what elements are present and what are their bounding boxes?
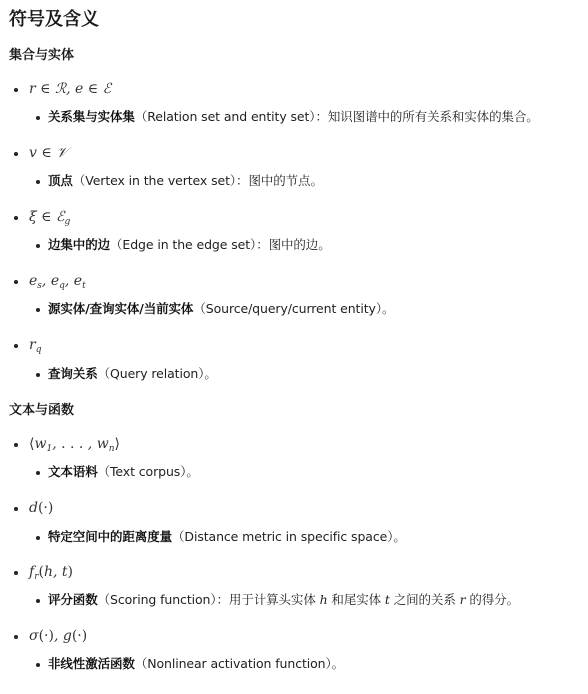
- description: 。: [332, 656, 344, 671]
- bullet-icon: [36, 308, 40, 312]
- math-symbol: r ∈ ℛ, e ∈ ℰ: [29, 80, 111, 98]
- bullet-icon: [14, 88, 18, 92]
- bullet-icon: [14, 635, 18, 639]
- list-subitem: 边集中的边（Edge in the edge set）：图中的边。: [0, 236, 588, 256]
- bullet-icon: [14, 152, 18, 156]
- english-gloss: （Nonlinear activation function）: [135, 656, 332, 671]
- list-item: v ∈ 𝒱: [0, 144, 588, 164]
- term: 边集中的边: [48, 237, 110, 252]
- bullet-icon: [14, 507, 18, 511]
- list-item: d(·): [0, 499, 588, 519]
- bullet-icon: [36, 471, 40, 475]
- term: 特定空间中的距离度量: [48, 529, 172, 544]
- term: 评分函数: [48, 592, 98, 607]
- description-part: 的得分。: [466, 592, 519, 607]
- list-subitem: 非线性激活函数（Nonlinear activation function）。: [0, 655, 588, 675]
- english-gloss: （Text corpus）: [98, 464, 187, 479]
- section-heading-sets-entities: 集合与实体: [9, 47, 74, 65]
- bullet-icon: [36, 599, 40, 603]
- list-subitem: 顶点（Vertex in the vertex set）：图中的节点。: [0, 172, 588, 192]
- math-symbol: ξ ∈ ℰg: [29, 208, 70, 226]
- english-gloss: （Scoring function）: [98, 592, 217, 607]
- bullet-icon: [36, 373, 40, 377]
- list-subitem: 关系集与实体集（Relation set and entity set）：知识图…: [0, 108, 588, 128]
- math-symbol: σ(·), g(·): [29, 627, 87, 645]
- term: 关系集与实体集: [48, 109, 135, 124]
- list-item: rq: [0, 336, 588, 356]
- list-item: σ(·), g(·): [0, 627, 588, 647]
- bullet-icon: [36, 663, 40, 667]
- description: ：图中的边。: [256, 237, 330, 252]
- english-gloss: （Distance metric in specific space）: [172, 529, 393, 544]
- bullet-icon: [36, 244, 40, 248]
- definition-text: 关系集与实体集（Relation set and entity set）：知识图…: [48, 108, 539, 126]
- math-symbol: v ∈ 𝒱: [29, 144, 68, 162]
- definition-text: 源实体/查询实体/当前实体（Source/query/current entit…: [48, 300, 394, 318]
- list-item: es, eq, et: [0, 272, 588, 292]
- math-symbol: es, eq, et: [29, 272, 86, 290]
- term: 源实体/查询实体/当前实体: [48, 301, 193, 316]
- term: 非线性激活函数: [48, 656, 135, 671]
- math-var-h: h: [320, 592, 328, 607]
- list-item: ξ ∈ ℰg: [0, 208, 588, 228]
- bullet-icon: [36, 116, 40, 120]
- list-subitem: 特定空间中的距离度量（Distance metric in specific s…: [0, 528, 588, 548]
- term: 查询关系: [48, 366, 98, 381]
- list-subitem: 源实体/查询实体/当前实体（Source/query/current entit…: [0, 300, 588, 320]
- description: 。: [186, 464, 198, 479]
- bullet-icon: [14, 280, 18, 284]
- definition-text: 边集中的边（Edge in the edge set）：图中的边。: [48, 236, 331, 254]
- list-item: r ∈ ℛ, e ∈ ℰ: [0, 80, 588, 100]
- description: ：图中的节点。: [236, 173, 323, 188]
- section-heading-text-functions: 文本与函数: [9, 402, 74, 420]
- definition-text: 特定空间中的距离度量（Distance metric in specific s…: [48, 528, 406, 546]
- english-gloss: （Relation set and entity set）: [135, 109, 316, 124]
- bullet-icon: [14, 443, 18, 447]
- english-gloss: （Edge in the edge set）: [110, 237, 256, 252]
- list-subitem: 文本语料（Text corpus）。: [0, 463, 588, 483]
- definition-text: 顶点（Vertex in the vertex set）：图中的节点。: [48, 172, 323, 190]
- math-symbol: rq: [29, 336, 41, 354]
- definition-text: 非线性激活函数（Nonlinear activation function）。: [48, 655, 344, 673]
- description-part: 之间的关系: [390, 592, 460, 607]
- page-title: 符号及含义: [9, 9, 99, 31]
- english-gloss: （Source/query/current entity）: [193, 301, 382, 316]
- list-item: ⟨w1, . . . , wn⟩: [0, 435, 588, 455]
- definition-text: 评分函数（Scoring function）：用于计算头实体 h 和尾实体 t …: [48, 591, 519, 609]
- description-part: ：用于计算头实体: [217, 592, 320, 607]
- english-gloss: （Vertex in the vertex set）: [73, 173, 236, 188]
- math-symbol: fr(h, t): [29, 563, 73, 581]
- bullet-icon: [14, 344, 18, 348]
- definition-text: 查询关系（Query relation）。: [48, 365, 217, 383]
- description-part: 和尾实体: [328, 592, 385, 607]
- list-subitem: 查询关系（Query relation）。: [0, 365, 588, 385]
- term: 文本语料: [48, 464, 98, 479]
- bullet-icon: [36, 536, 40, 540]
- bullet-icon: [36, 180, 40, 184]
- bullet-icon: [14, 216, 18, 220]
- math-symbol: ⟨w1, . . . , wn⟩: [29, 435, 120, 453]
- description: 。: [382, 301, 394, 316]
- list-subitem: 评分函数（Scoring function）：用于计算头实体 h 和尾实体 t …: [0, 591, 588, 611]
- math-symbol: d(·): [29, 499, 53, 517]
- list-item: fr(h, t): [0, 563, 588, 583]
- term: 顶点: [48, 173, 73, 188]
- english-gloss: （Query relation）: [98, 366, 205, 381]
- description: 。: [204, 366, 216, 381]
- description: ：知识图谱中的所有关系和实体的集合。: [315, 109, 538, 124]
- description: 。: [393, 529, 405, 544]
- bullet-icon: [14, 571, 18, 575]
- definition-text: 文本语料（Text corpus）。: [48, 463, 199, 481]
